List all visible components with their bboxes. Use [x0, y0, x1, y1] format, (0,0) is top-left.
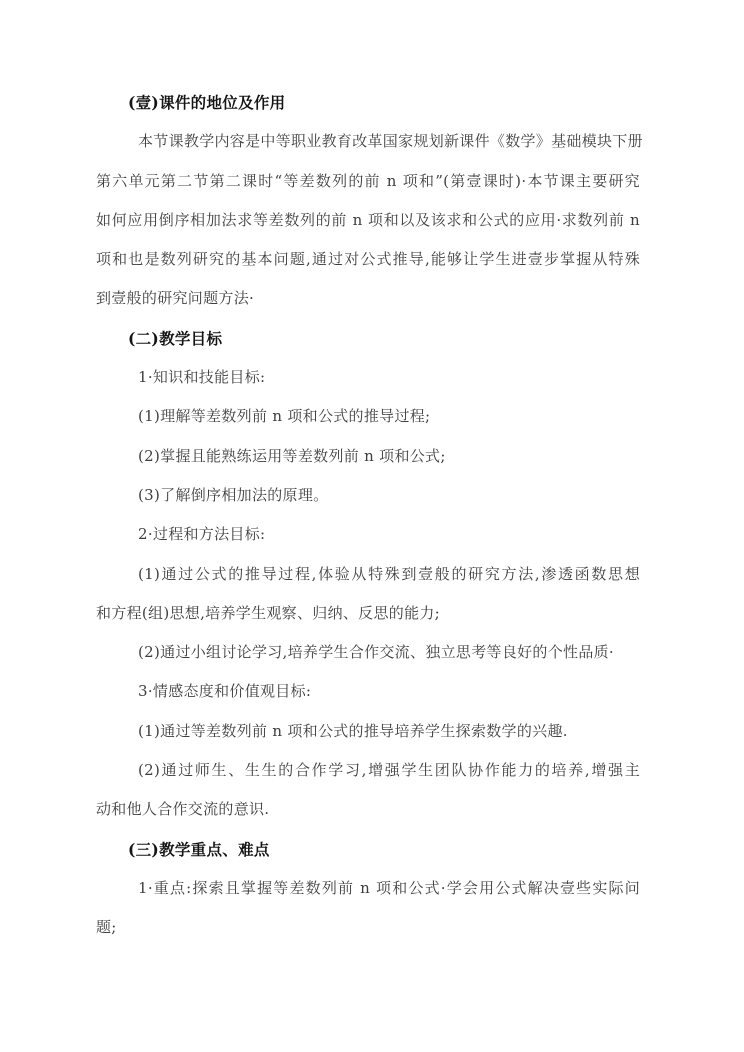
text-line: 第六单元第二节第二课时“等差数列的前 n 项和”(第壹课时)·本节课主要研究: [96, 162, 640, 201]
text-line: (3)了解倒序相加法的原理。: [96, 476, 640, 515]
text-line: (2)通过师生、生生的合作学习,增强学生团队协作能力的培养,增强主: [96, 751, 640, 790]
text-line: 动和他人合作交流的意识.: [96, 790, 640, 829]
section-heading: (三)教学重点、难点: [96, 830, 640, 869]
text-line: (1)通过等差数列前 n 项和公式的推导培养学生探索数学的兴趣.: [96, 712, 640, 751]
text-line: 本节课教学内容是中等职业教育改革国家规划新课件《数学》基础模块下册: [96, 122, 640, 161]
section-heading: (壹)课件的地位及作用: [96, 83, 640, 122]
text-line: 如何应用倒序相加法求等差数列的前 n 项和以及该求和公式的应用·求数列前 n: [96, 201, 640, 240]
text-line: 2·过程和方法目标:: [96, 515, 640, 554]
text-line: 3·情感态度和价值观目标:: [96, 672, 640, 711]
text-line: 到壹般的研究问题方法·: [96, 279, 640, 318]
section-heading: (二)教学目标: [96, 319, 640, 358]
text-line: (2)掌握且能熟练运用等差数列前 n 项和公式;: [96, 437, 640, 476]
text-line: 1·重点:探索且掌握等差数列前 n 项和公式·学会用公式解决壹些实际问: [96, 869, 640, 908]
text-line: (1)理解等差数列前 n 项和公式的推导过程;: [96, 397, 640, 436]
text-line: 项和也是数列研究的基本问题,通过对公式推导,能够让学生进壹步掌握从特殊: [96, 240, 640, 279]
document-page: (壹)课件的地位及作用本节课教学内容是中等职业教育改革国家规划新课件《数学》基础…: [96, 83, 640, 948]
text-line: 1·知识和技能目标:: [96, 358, 640, 397]
text-line: 题;: [96, 908, 640, 947]
text-line: 和方程(组)思想,培养学生观察、归纳、反思的能力;: [96, 594, 640, 633]
text-line: (1)通过公式的推导过程,体验从特殊到壹般的研究方法,渗透函数思想: [96, 555, 640, 594]
text-line: (2)通过小组讨论学习,培养学生合作交流、独立思考等良好的个性品质·: [96, 633, 640, 672]
